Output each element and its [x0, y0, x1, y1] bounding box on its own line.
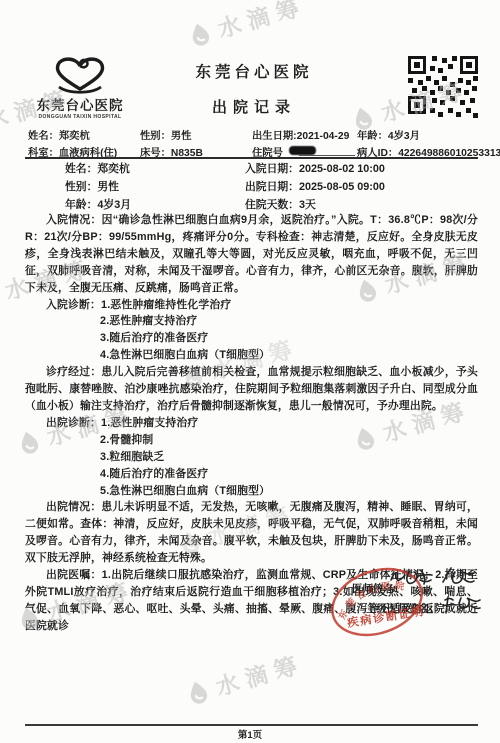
qr-code	[408, 56, 478, 120]
treatment-course-paragraph: 诊疗经过：患儿入院后完善移植前相关检查，血常规提示粒细胞缺乏、血小板减少，予头孢…	[25, 364, 478, 415]
patient-sex-field: 性别：男性	[140, 127, 191, 142]
diagnosis-item: 2.骨髓抑制	[100, 432, 478, 449]
inpatient-number-underline	[299, 155, 355, 156]
admission-diagnosis-block: 入院诊断：1.恶性肿瘤维持性化学治疗 2.恶性肿瘤支持治疗 3.随后治疗的准备医…	[25, 297, 478, 365]
shuidichou-watermark: 水滴筹	[181, 646, 307, 711]
water-drop-icon	[184, 18, 216, 50]
document-body: 入院情况：因“确诊急性淋巴细胞白血病9月余，返院治疗。”入院。T：36.8℃P：…	[25, 212, 478, 635]
header-divider	[25, 157, 478, 159]
shuidichou-watermark: 水滴筹	[183, 0, 309, 53]
diagnosis-item: 3.粒细胞缺乏	[100, 449, 478, 466]
document-title: 出院记录	[140, 96, 368, 117]
hospital-logo-name-en: DONGGUAN TAIXIN HOSPITAL	[24, 114, 136, 120]
footer-divider	[25, 724, 478, 726]
heart-logo-icon	[43, 54, 117, 94]
discharge-record-page: 水滴筹 水滴筹 水滴筹 水滴筹 水滴筹 水滴筹 水滴筹 水滴筹 水滴筹 水滴筹 …	[0, 0, 500, 743]
diagnosis-item: 5.急性淋巴细胞白血病（T细胞型）	[100, 483, 478, 500]
diagnosis-item: 2.恶性肿瘤支持治疗	[100, 313, 478, 330]
hospital-title: 东莞台心医院	[140, 60, 368, 82]
discharge-diagnosis-block: 出院诊断：1.恶性肿瘤支持治疗 2.骨髓抑制 3.粒细胞缺乏 4.随后治疗的准备…	[25, 415, 478, 500]
admission-condition-paragraph: 入院情况：因“确诊急性淋巴细胞白血病9月余，返院治疗。”入院。T：36.8℃P：…	[25, 212, 478, 297]
discharge-condition-paragraph: 出院情况：患儿未诉明显不适，无发热，无咳嗽，无腹痛及腹泻，精神、睡眠、胃纳可，二…	[25, 499, 478, 567]
water-drop-icon	[0, 280, 3, 312]
diagnosis-item: 4.随后治疗的准备医疗	[100, 466, 478, 483]
page-number: 第1页	[0, 727, 500, 741]
hospital-logo-name-cn: 东莞台心医院	[24, 94, 136, 114]
doctor-signature-label: 医师签名：	[352, 581, 405, 596]
patient-birthdate-field: 出生日期:2021-04-29	[252, 127, 349, 142]
patient-name-field: 姓名：郑奕杭	[28, 127, 90, 142]
redaction-blob	[289, 146, 316, 155]
hospital-logo: 东莞台心医院 DONGGUAN TAIXIN HOSPITAL	[24, 54, 136, 120]
patient-age-field: 年龄：4岁3月	[357, 127, 420, 142]
diagnosis-item: 3.随后治疗的准备医疗	[100, 330, 478, 347]
senior-doctor-signature-label: 上级医师签名：	[366, 601, 440, 616]
diagnosis-item: 4.急性淋巴细胞白血病（T细胞型）	[100, 347, 478, 364]
water-drop-icon	[182, 676, 214, 708]
